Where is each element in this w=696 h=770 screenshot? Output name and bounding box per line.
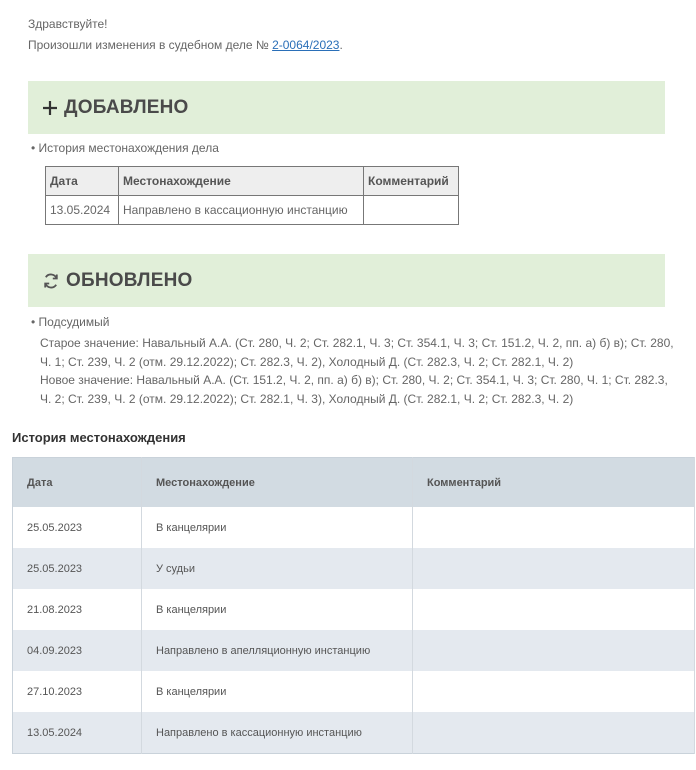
refresh-icon: [42, 272, 60, 290]
new-value: Новое значение: Навальный А.А. (Ст. 151.…: [40, 371, 680, 408]
cell-date: 27.10.2023: [13, 671, 142, 712]
changes-suffix: .: [339, 38, 342, 52]
header-date: Дата: [13, 458, 142, 508]
header-location: Местонахождение: [142, 458, 413, 508]
plus-icon: [42, 100, 58, 116]
greeting-text: Здравствуйте!: [28, 17, 108, 31]
cell-location: Направлено в апелляционную инстанцию: [142, 630, 413, 671]
cell-date: 21.08.2023: [13, 589, 142, 630]
changes-notice: Произошли изменения в судебном деле № 2-…: [28, 38, 343, 52]
header-comment: Комментарий: [413, 458, 695, 508]
header-date: Дата: [46, 167, 119, 196]
added-bullet: • История местонахождения дела: [31, 141, 219, 155]
added-banner: ДОБАВЛЕНО: [28, 81, 665, 134]
updated-bullet: • Подсудимый: [31, 315, 109, 329]
old-value: Старое значение: Навальный А.А. (Ст. 280…: [40, 334, 680, 371]
table-row: 27.10.2023 В канцелярии: [13, 671, 695, 712]
cell-date: 04.09.2023: [13, 630, 142, 671]
table-row: 25.05.2023 В канцелярии: [13, 507, 695, 548]
cell-location: Направлено в кассационную инстанцию: [119, 196, 364, 225]
table-row: 25.05.2023 У судьи: [13, 548, 695, 589]
cell-comment: [413, 671, 695, 712]
cell-location: В канцелярии: [142, 671, 413, 712]
table-row: 13.05.2024 Направлено в кассационную инс…: [46, 196, 459, 225]
cell-date: 25.05.2023: [13, 548, 142, 589]
cell-comment: [413, 589, 695, 630]
header-location: Местонахождение: [119, 167, 364, 196]
table-row: 04.09.2023 Направлено в апелляционную ин…: [13, 630, 695, 671]
table-row: 13.05.2024 Направлено в кассационную инс…: [13, 712, 695, 754]
cell-location: В канцелярии: [142, 589, 413, 630]
updated-banner: ОБНОВЛЕНО: [28, 254, 665, 307]
case-number-link[interactable]: 2-0064/2023: [272, 38, 339, 52]
table-row: 21.08.2023 В канцелярии: [13, 589, 695, 630]
cell-comment: [413, 548, 695, 589]
history-title: История местонахождения: [12, 430, 186, 445]
cell-date: 25.05.2023: [13, 507, 142, 548]
cell-comment: [413, 712, 695, 754]
cell-date: 13.05.2024: [46, 196, 119, 225]
cell-comment: [364, 196, 459, 225]
updated-title: ОБНОВЛЕНО: [66, 270, 193, 292]
added-table: Дата Местонахождение Комментарий 13.05.2…: [45, 166, 459, 225]
cell-comment: [413, 630, 695, 671]
history-table-header: Дата Местонахождение Комментарий: [13, 458, 695, 508]
updated-values: Старое значение: Навальный А.А. (Ст. 280…: [40, 334, 680, 408]
changes-prefix: Произошли изменения в судебном деле №: [28, 38, 272, 52]
added-title: ДОБАВЛЕНО: [64, 97, 189, 119]
cell-location: У судьи: [142, 548, 413, 589]
header-comment: Комментарий: [364, 167, 459, 196]
history-table: Дата Местонахождение Комментарий 25.05.2…: [12, 457, 695, 754]
cell-location: Направлено в кассационную инстанцию: [142, 712, 413, 754]
added-table-header: Дата Местонахождение Комментарий: [46, 167, 459, 196]
cell-date: 13.05.2024: [13, 712, 142, 754]
cell-comment: [413, 507, 695, 548]
cell-location: В канцелярии: [142, 507, 413, 548]
